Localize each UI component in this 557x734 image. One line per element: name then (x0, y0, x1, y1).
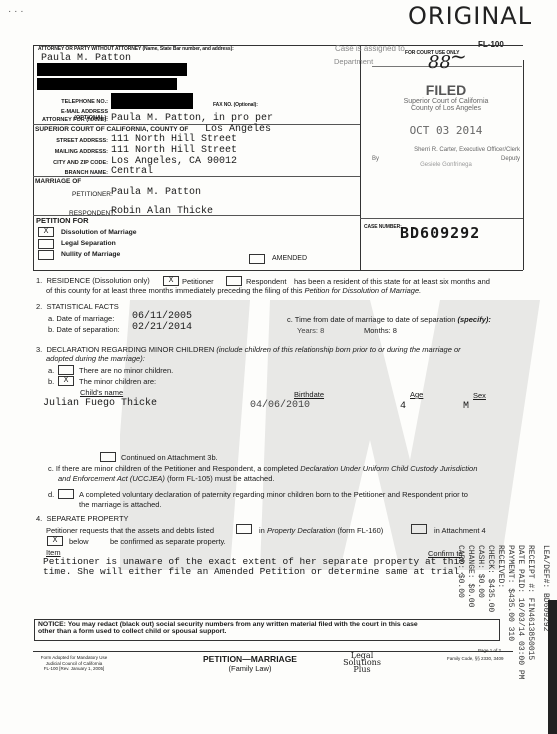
amended-checkbox[interactable] (249, 254, 265, 264)
section-2: 2. STATISTICAL FACTS (36, 302, 119, 311)
uccjea-italic-2: and Enforcement Act (UCCJEA) (58, 474, 165, 483)
filed-line1: Superior Court of California (372, 98, 520, 105)
residence-respondent-checkbox[interactable] (226, 276, 242, 286)
section-3: 3. DECLARATION REGARDING MINOR CHILDREN … (36, 345, 461, 354)
scan-marks: · · · (8, 6, 24, 17)
receipt-line: CASH: $0.00 (476, 545, 485, 598)
minor-children-checkbox[interactable]: X (58, 376, 74, 386)
department-value-signature: 88 (428, 52, 451, 73)
legal-separation-label: Legal Separation (61, 240, 116, 247)
child-sex: M (463, 401, 469, 412)
receipt-line: PAYMENT: $435.00 310 (506, 545, 515, 641)
months-label: Months: (364, 326, 391, 335)
divider (33, 124, 360, 125)
option-a-letter: a. (48, 366, 54, 375)
filed-stamp: FILED Superior Court of California Count… (372, 82, 520, 168)
section-heading: STATISTICAL FACTS (46, 302, 118, 311)
uccjea-italic-1: Declaration Under Uniform Child Custody … (300, 464, 477, 473)
form-divider (360, 45, 361, 270)
option-d-letter: d. (48, 490, 54, 499)
date-of-marriage-label: a. Date of marriage: (48, 314, 114, 323)
original-stamp: ORIGINAL (408, 2, 532, 30)
paternity-checkbox[interactable] (58, 489, 74, 499)
receipt-line: CHANGE: $0.00 (466, 545, 475, 607)
redacted-telephone (111, 93, 193, 109)
mailing-value: 111 North Hill Street (111, 145, 237, 156)
filed-deputy-label: Deputy (501, 156, 520, 162)
fax-label: FAX NO. (Optional): (213, 102, 258, 108)
redacted-address-2 (37, 78, 177, 90)
years: Years: 8 (297, 326, 324, 335)
filed-officer: Sherri R. Carter, Executive Officer/Cler… (372, 147, 520, 153)
nullity-checkbox[interactable] (38, 250, 54, 260)
residence-text-a: has been a resident of this state for at… (294, 277, 490, 286)
property-declaration-checkbox[interactable] (236, 524, 252, 534)
date-of-separation-value: 02/21/2014 (132, 322, 192, 333)
residence-petitioner-checkbox[interactable]: X (163, 276, 179, 286)
filed-by-label: By (372, 156, 379, 162)
department-label: Department (334, 57, 373, 66)
below-label: below (69, 537, 89, 546)
years-value: 8 (320, 326, 324, 335)
time-married-label: c. Time from date of marriage to date of… (287, 315, 491, 324)
section-4: 4. SEPARATE PROPERTY (36, 514, 129, 523)
no-minor-children-checkbox[interactable] (58, 365, 74, 375)
attorney-for-label: ATTORNEY FOR (Name): (40, 117, 108, 123)
amended-label: AMENDED (272, 255, 307, 262)
child-name: Julian Fuego Thicke (43, 398, 157, 409)
minor-children-label: The minor children are: (79, 377, 156, 386)
attachment-4-label: in Attachment 4 (434, 526, 486, 535)
nullity-label: Nullity of Marriage (61, 251, 120, 258)
child-age: 4 (400, 401, 406, 412)
scan-edge (548, 600, 557, 734)
uccjea-text-1: If there are minor children of the Petit… (56, 464, 298, 473)
section-heading: DECLARATION REGARDING MINOR CHILDREN (46, 345, 214, 354)
street-value: 111 North Hill Street (111, 134, 237, 145)
continued-attachment-label: Continued on Attachment 3b. (121, 453, 218, 462)
residence-respondent-label: Respondent (246, 277, 286, 286)
section-number: 1. (36, 276, 42, 285)
footer-title-block: PETITION—MARRIAGE (Family Law) (200, 654, 300, 673)
date-of-separation-label: b. Date of separation: (48, 325, 120, 334)
below-checkbox[interactable]: X (47, 536, 63, 546)
legal-solutions-logo: Legal Solutions Plus (340, 652, 384, 673)
months-value: 8 (393, 326, 397, 335)
section-3c: c. If there are minor children of the Pe… (48, 464, 477, 473)
mailing-label: MAILING ADDRESS: (40, 149, 108, 155)
filed-title: FILED (372, 82, 520, 98)
form-box-bottom (33, 270, 523, 271)
receipt-stamp: LEA/DEF#: BD609292 RECEIPT #: FIN4613850… (425, 545, 550, 715)
divider (360, 218, 523, 219)
section-heading: SEPARATE PROPERTY (46, 514, 128, 523)
property-declaration-italic: Property Declaration (267, 526, 335, 535)
footer-subtitle: (Family Law) (200, 664, 300, 673)
dissolution-checkbox[interactable]: X (38, 227, 54, 237)
case-assigned-label: Case is assigned to (335, 44, 405, 53)
divider (33, 176, 360, 177)
residence-petitioner-label: Petitioner (182, 277, 214, 286)
court-heading: SUPERIOR COURT OF CALIFORNIA, COUNTY OF (35, 126, 188, 133)
receipt-line: CARD: $0.00 (456, 545, 465, 598)
filed-line2: County of Los Angeles (372, 105, 520, 112)
section-number: 3. (36, 345, 42, 354)
months: Months: 8 (364, 326, 397, 335)
petitioner-label: PETITIONER: (72, 191, 113, 198)
section-heading: RESIDENCE (Dissolution only) (46, 276, 149, 285)
child-birthdate: 04/06/2010 (250, 400, 310, 411)
col-sex: Sex (473, 391, 486, 400)
footer-adopted: Form Adopted for Mandatory Use Judicial … (34, 655, 114, 672)
continued-attachment-checkbox[interactable] (100, 452, 116, 462)
time-married-specify: (specify): (458, 315, 491, 324)
city-label: CITY AND ZIP CODE: (40, 160, 108, 166)
section-number: 2. (36, 302, 42, 311)
receipt-line: RECEIVED: (496, 545, 505, 588)
property-declaration-pre: in (259, 526, 265, 535)
street-label: STREET ADDRESS: (40, 138, 108, 144)
filed-date: OCT 03 2014 (372, 124, 520, 137)
footer-title: PETITION—MARRIAGE (200, 654, 300, 664)
time-married-text: c. Time from date of marriage to date of… (287, 315, 455, 324)
section-1: 1. RESIDENCE (Dissolution only) (36, 276, 150, 285)
form-right-border (523, 60, 524, 270)
separate-property-text-1: Petitioner requests that the assets and … (46, 526, 214, 535)
form-left-border (33, 45, 34, 270)
receipt-line: DATE PAID: 10/03/14 03:00 PM (516, 545, 525, 679)
legal-separation-checkbox[interactable] (38, 239, 54, 249)
petitioner-value: Paula M. Patton (111, 187, 201, 198)
paternity-text-1: A completed voluntary declaration of pat… (79, 490, 468, 499)
case-number-label: CASE NUMBER: (364, 224, 402, 230)
col-birthdate: Birthdate (294, 390, 324, 399)
filed-deputy-name: Gesiele Gonfrinega (372, 162, 520, 168)
telephone-label: TELEPHONE NO.: (40, 99, 108, 105)
date-of-marriage-value: 06/11/2005 (132, 311, 192, 322)
adopted-line-3: FL-100 [Rev. January 1, 2005] (34, 666, 114, 672)
property-item-line-2: time. She will either file an Amended Pe… (43, 566, 465, 577)
dissolution-label: Dissolution of Marriage (61, 229, 137, 236)
case-number-value: BD609292 (400, 224, 480, 242)
option-b-letter: b. (48, 377, 54, 386)
receipt-line: RECEIPT #: FIN4613850015 (526, 545, 535, 660)
property-declaration-post: (form FL-160) (337, 526, 383, 535)
residence-text-b: of this county for at least three months… (46, 286, 421, 295)
attorney-for-value: Paula M. Patton, in pro per (111, 113, 273, 124)
section-3c-line2: and Enforcement Act (UCCJEA) (form FL-10… (58, 474, 274, 483)
property-declaration-label: in Property Declaration (form FL-160) (259, 526, 383, 535)
col-childs-name: Child's name (80, 388, 123, 397)
logo-line-3: Plus (340, 666, 384, 673)
section-3-italic-2: adopted during the marriage): (46, 354, 145, 363)
paternity-text-2: the marriage is attached. (79, 500, 162, 509)
receipt-line: CHECK: $435.00 (486, 545, 495, 612)
years-label: Years: (297, 326, 318, 335)
adopted-line-1: Form Adopted for Mandatory Use (34, 655, 114, 661)
col-age: Age (410, 390, 423, 399)
judge-signature: ~ (450, 44, 467, 68)
uccjea-text-2: (form FL-105) must be attached. (167, 474, 275, 483)
no-minor-children-label: There are no minor children. (79, 366, 173, 375)
redacted-address-1 (37, 63, 187, 76)
section-heading-italic: (include children of this relationship b… (216, 345, 460, 354)
attorney-section-label: ATTORNEY OR PARTY WITHOUT ATTORNEY (Name… (38, 46, 234, 52)
petition-for-heading: PETITION FOR (36, 216, 89, 225)
attachment-4-checkbox[interactable] (411, 524, 427, 534)
marriage-heading: MARRIAGE OF (35, 178, 81, 185)
residence-text-italic: Petition for Dissolution of Marriage. (304, 286, 421, 295)
separate-property-text-2: be confirmed as separate property. (110, 537, 226, 546)
section-number: 4. (36, 514, 42, 523)
residence-text-b-plain: of this county for at least three months… (46, 286, 302, 295)
